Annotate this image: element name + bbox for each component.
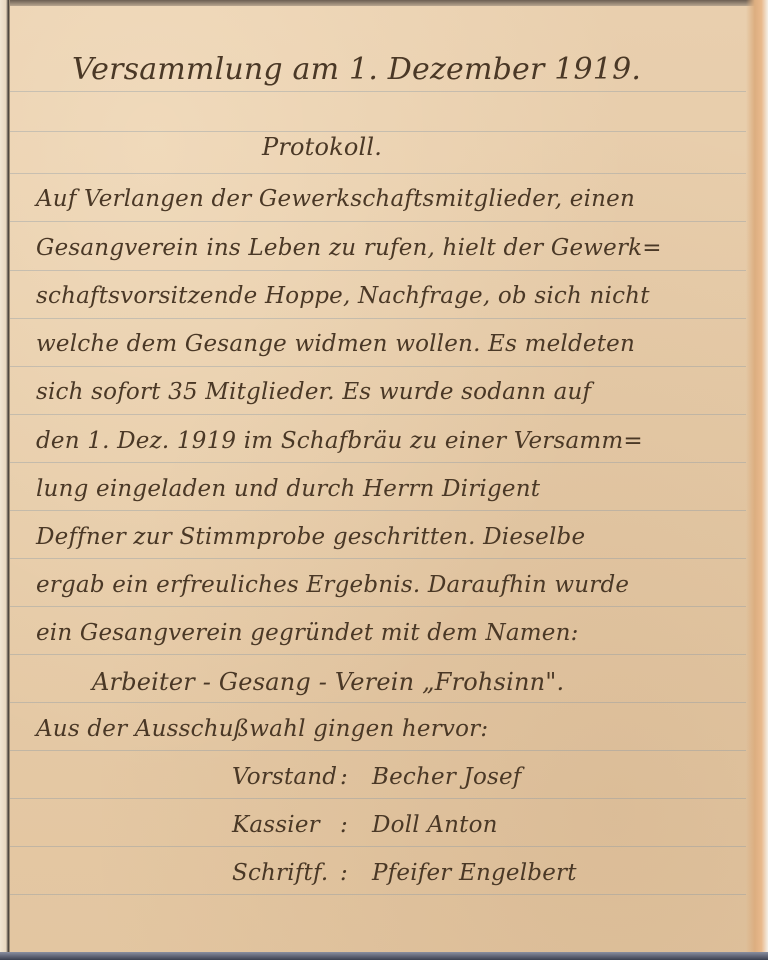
page-right-edge — [746, 0, 768, 960]
colon-separator: : — [340, 812, 348, 838]
body-line: ergab ein erfreuliches Ergebnis. Daraufh… — [36, 572, 629, 598]
page-binding-edge — [0, 0, 10, 960]
election-intro: Aus der Ausschußwahl gingen hervor: — [36, 716, 488, 742]
body-line: sich sofort 35 Mitglieder. Es wurde soda… — [36, 379, 591, 405]
officer-name: Pfeifer Engelbert — [372, 860, 577, 886]
body-line: schaftsvorsitzende Hoppe, Nachfrage, ob … — [36, 283, 650, 309]
ruled-line — [10, 798, 746, 799]
ruled-line — [10, 846, 746, 847]
ruled-line — [10, 462, 746, 463]
officer-name: Doll Anton — [372, 812, 498, 838]
ruled-line — [10, 318, 746, 319]
ruled-line — [10, 270, 746, 271]
colon-separator: : — [340, 860, 348, 886]
body-line: Deffner zur Stimmprobe geschritten. Dies… — [36, 524, 585, 550]
officer-name: Becher Josef — [372, 764, 522, 790]
body-line: den 1. Dez. 1919 im Schafbräu zu einer V… — [36, 428, 643, 454]
ruled-line — [10, 750, 746, 751]
officer-role: Schriftf. — [232, 860, 350, 886]
page-top-edge — [0, 0, 768, 6]
protocol-heading: Protokoll. — [262, 133, 382, 161]
ruled-line — [10, 558, 746, 559]
ruled-line — [10, 510, 746, 511]
ruled-line — [10, 654, 746, 655]
body-line: ein Gesangverein gegründet mit dem Namen… — [36, 620, 579, 646]
ruled-line — [10, 894, 746, 895]
ruled-line — [10, 702, 746, 703]
officer-role: Kassier — [232, 812, 350, 838]
body-line: welche dem Gesange widmen wollen. Es mel… — [36, 331, 635, 357]
ruled-line — [10, 221, 746, 222]
ruled-line — [10, 606, 746, 607]
body-line: lung eingeladen und durch Herrn Dirigent — [36, 476, 540, 502]
body-line: Gesangverein ins Leben zu rufen, hielt d… — [36, 235, 662, 261]
ruled-line — [10, 366, 746, 367]
officer-role: Vorstand — [232, 764, 350, 790]
page-title: Versammlung am 1. Dezember 1919. — [72, 52, 641, 87]
notebook-page: Versammlung am 1. Dezember 1919. Protoko… — [0, 0, 768, 960]
club-name: Arbeiter - Gesang - Verein „Frohsinn". — [92, 668, 564, 696]
ruled-line — [10, 131, 746, 132]
ruled-line — [10, 173, 746, 174]
colon-separator: : — [340, 764, 348, 790]
body-line: Auf Verlangen der Gewerkschaftsmitgliede… — [36, 186, 635, 212]
ruled-line — [10, 414, 746, 415]
ruled-line — [10, 91, 746, 92]
page-bottom-edge — [0, 952, 768, 960]
